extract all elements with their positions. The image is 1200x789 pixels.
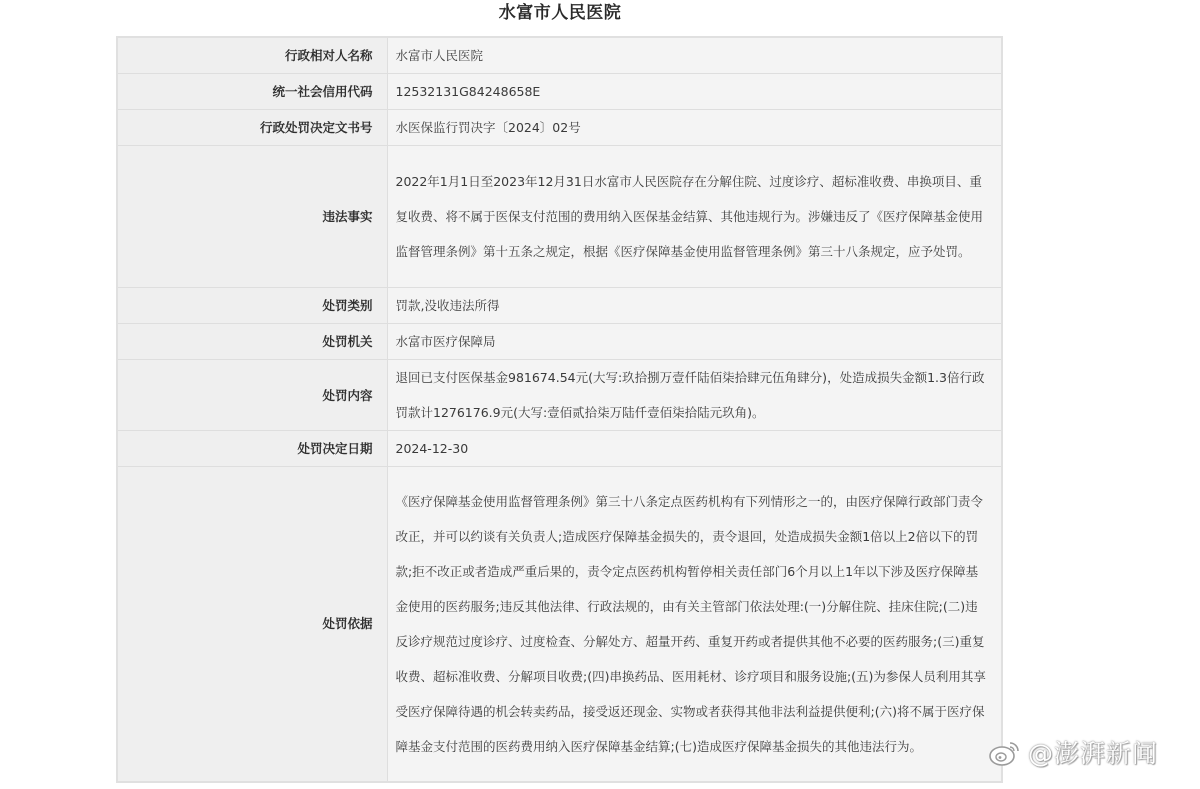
- table-row: 处罚内容 退回已支付医保基金981674.54元(大写:玖拾捌万壹仟陆佰柒拾肆元…: [117, 360, 1002, 431]
- row-value-decision-date: 2024-12-30: [387, 431, 1002, 467]
- table-row: 违法事实 2022年1月1日至2023年12月31日水富市人民医院存在分解住院、…: [117, 146, 1002, 288]
- row-label-penalty-type: 处罚类别: [117, 288, 387, 324]
- table-row: 统一社会信用代码 12532131G84248658E: [117, 74, 1002, 110]
- weibo-icon: [988, 737, 1022, 767]
- page: 水富市人民医院 行政相对人名称 水富市人民医院 统一社会信用代码 1253213…: [0, 0, 1200, 789]
- row-value-credit-code: 12532131G84248658E: [387, 74, 1002, 110]
- row-value-decision-number: 水医保监行罚决字〔2024〕02号: [387, 110, 1002, 146]
- row-value-penalty-content: 退回已支付医保基金981674.54元(大写:玖拾捌万壹仟陆佰柒拾肆元伍角肆分)…: [387, 360, 1002, 431]
- row-value-party-name: 水富市人民医院: [387, 37, 1002, 74]
- watermark: @澎湃新闻: [988, 734, 1158, 770]
- row-label-violation-facts: 违法事实: [117, 146, 387, 288]
- row-label-credit-code: 统一社会信用代码: [117, 74, 387, 110]
- row-label-decision-date: 处罚决定日期: [117, 431, 387, 467]
- table-row: 处罚类别 罚款,没收违法所得: [117, 288, 1002, 324]
- table-row: 处罚决定日期 2024-12-30: [117, 431, 1002, 467]
- penalty-info-table: 行政相对人名称 水富市人民医院 统一社会信用代码 12532131G842486…: [116, 36, 1003, 783]
- row-label-penalty-content: 处罚内容: [117, 360, 387, 431]
- row-label-decision-number: 行政处罚决定文书号: [117, 110, 387, 146]
- row-label-party-name: 行政相对人名称: [117, 37, 387, 74]
- table-row: 行政相对人名称 水富市人民医院: [117, 37, 1002, 74]
- row-value-penalty-authority: 水富市医疗保障局: [387, 324, 1002, 360]
- table-row: 行政处罚决定文书号 水医保监行罚决字〔2024〕02号: [117, 110, 1002, 146]
- row-value-penalty-type: 罚款,没收违法所得: [387, 288, 1002, 324]
- document-title: 水富市人民医院: [0, 2, 1120, 24]
- row-label-penalty-basis: 处罚依据: [117, 467, 387, 782]
- watermark-text: @澎湃新闻: [1028, 734, 1158, 770]
- table-row: 处罚机关 水富市医疗保障局: [117, 324, 1002, 360]
- table-row: 处罚依据 《医疗保障基金使用监督管理条例》第三十八条定点医药机构有下列情形之一的…: [117, 467, 1002, 782]
- row-value-penalty-basis: 《医疗保障基金使用监督管理条例》第三十八条定点医药机构有下列情形之一的，由医疗保…: [387, 467, 1002, 782]
- row-label-penalty-authority: 处罚机关: [117, 324, 387, 360]
- row-value-violation-facts: 2022年1月1日至2023年12月31日水富市人民医院存在分解住院、过度诊疗、…: [387, 146, 1002, 288]
